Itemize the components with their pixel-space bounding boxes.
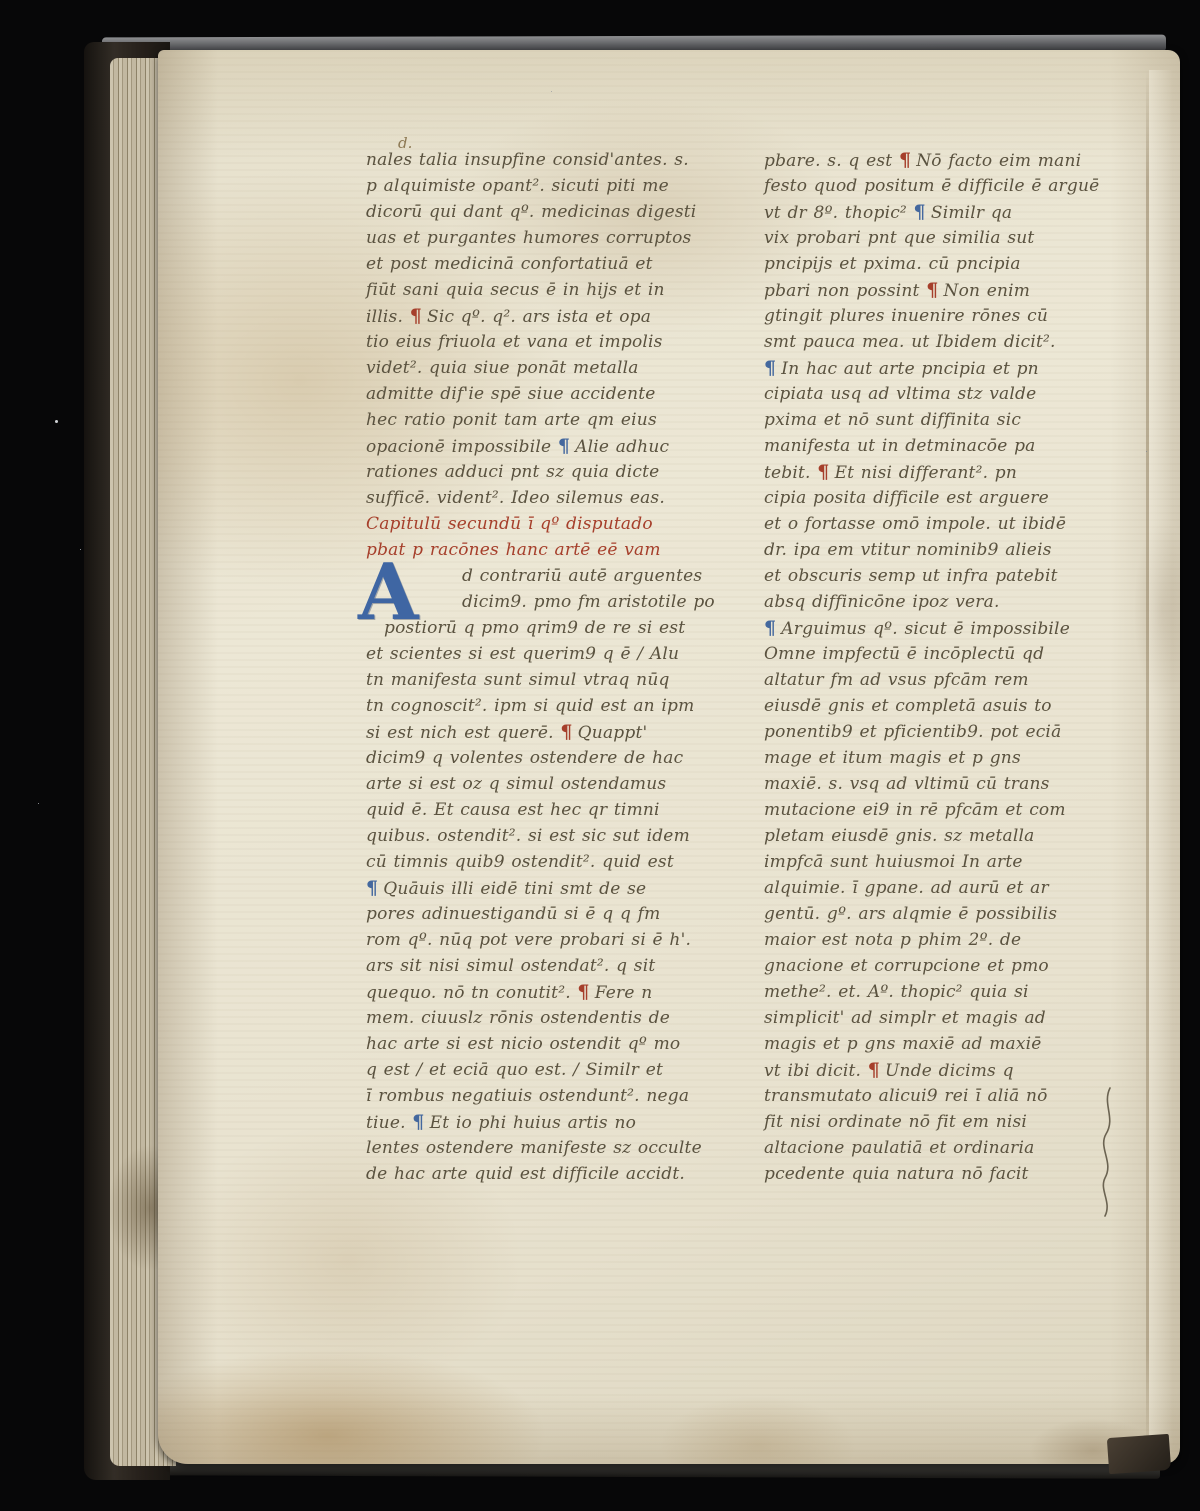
text-segment: arte si est oz q simul ostendamus	[366, 774, 666, 794]
text-segment: magis et p gns maxiē ad maxiē	[764, 1034, 1042, 1054]
red-pilcrow-icon: ¶	[577, 981, 594, 1003]
text-segment: si est nich est querē.	[366, 723, 560, 743]
manuscript-line: altacione paulatiā et ordinaria	[764, 1135, 1116, 1161]
manuscript-line: cipiata usq ad vltima stz valde	[764, 381, 1116, 407]
manuscript-line: pbat p racōnes hanc artē eē vam	[366, 537, 726, 563]
text-segment: sufficē. vident². Ideo silemus eas.	[366, 488, 665, 508]
manuscript-line: tebit. ¶Et nisi differant². pn	[764, 459, 1116, 485]
illuminated-initial: A	[358, 553, 419, 633]
manuscript-line: ¶Quāuis illi eidē tini smt de se	[366, 875, 726, 901]
manuscript-line: altatur fm ad vsus pfcām rem	[764, 667, 1116, 693]
text-segment: admitte dif'ie spē siue accidente	[366, 384, 656, 404]
manuscript-line: illis. ¶Sic qº. q². ars ista et opa	[366, 303, 726, 329]
text-segment: absq diffinicōne ipoz vera.	[764, 592, 1000, 612]
text-segment: quequo. nō tn conutit².	[366, 983, 577, 1003]
blue-pilcrow-icon: ¶	[412, 1111, 429, 1133]
text-segment: fiūt sani quia secus ē in hijs et in	[366, 280, 665, 300]
blue-pilcrow-icon: ¶	[764, 617, 781, 639]
text-segment: ī rombus negatiuis ostendunt². nega	[366, 1086, 689, 1106]
manuscript-line: dicim9. pmo fm aristotile po	[366, 589, 726, 615]
text-segment: uas et purgantes humores corruptos	[366, 228, 691, 248]
manuscript-line: p alquimiste opant². sicuti piti me	[366, 173, 726, 199]
text-segment: et o fortasse omō impole. ut ibidē	[764, 514, 1066, 534]
manuscript-line: rom qº. nūq pot vere probari si ē h'.	[366, 927, 726, 953]
text-segment: et obscuris semp ut infra patebit	[764, 566, 1058, 586]
manuscript-line: admitte dif'ie spē siue accidente	[366, 381, 726, 407]
text-segment: gentū. gº. ars alqmie ē possibilis	[764, 904, 1057, 924]
manuscript-line: ars sit nisi simul ostendat². q sit	[366, 953, 726, 979]
manuscript-line: fit nisi ordinate nō fit em nisi	[764, 1109, 1116, 1135]
manuscript-line: Capitulū secundū ī qº disputado	[366, 511, 726, 537]
text-segment: gnacione et corrupcione et pmo	[764, 956, 1049, 976]
text-segment: pcedente quia natura nō facit	[764, 1164, 1029, 1184]
manuscript-photo: d. nales talia insupfine consid'antes. s…	[0, 0, 1200, 1511]
manuscript-line: absq diffinicōne ipoz vera.	[764, 589, 1116, 615]
manuscript-line: tn cognoscit². ipm si quid est an ipm	[366, 693, 726, 719]
red-pilcrow-icon: ¶	[560, 721, 577, 743]
manuscript-line: methe². et. Aº. thopic² quia si	[764, 979, 1116, 1005]
text-segment: pbari non possint	[764, 281, 926, 301]
text-segment: dicim9. pmo fm aristotile po	[462, 592, 715, 612]
manuscript-line: vix probari pnt que similia sut	[764, 225, 1116, 251]
manuscript-line: si est nich est querē. ¶Quappt'	[366, 719, 726, 745]
manuscript-line: quibus. ostendit². si est sic sut idem	[366, 823, 726, 849]
text-segment: et scientes si est querim9 q ē / Alu	[366, 644, 679, 664]
manuscript-line: et scientes si est querim9 q ē / Alu	[366, 641, 726, 667]
manuscript-line: Omne impfectū ē incōplectū qd	[764, 641, 1116, 667]
text-segment: transmutato alicui9 rei ī aliā nō	[764, 1086, 1048, 1106]
text-segment: dicorū qui dant qº. medicinas digesti	[366, 202, 696, 222]
text-segment: cū timnis quib9 ostendit². quid est	[366, 852, 674, 872]
text-segment: Capitulū secundū ī qº disputado	[366, 514, 653, 534]
text-segment: rationes adduci pnt sz quia dicte	[366, 462, 659, 482]
text-segment: vt dr 8º. thopic²	[764, 203, 914, 223]
text-segment: methe². et. Aº. thopic² quia si	[764, 982, 1029, 1002]
text-segment: Nō facto eim mani	[916, 151, 1081, 171]
text-segment: maxiē. s. vsq ad vltimū cū trans	[764, 774, 1050, 794]
text-segment: smt pauca mea. ut Ibidem dicit².	[764, 332, 1056, 352]
text-segment: mem. ciuuslz rōnis ostendentis de	[366, 1008, 670, 1028]
manuscript-line: mutacione ei9 in rē pfcām et com	[764, 797, 1116, 823]
manuscript-line: fiūt sani quia secus ē in hijs et in	[366, 277, 726, 303]
text-segment: hec ratio ponit tam arte qm eius	[366, 410, 657, 430]
text-segment: Omne impfectū ē incōplectū qd	[764, 644, 1044, 664]
text-segment: mutacione ei9 in rē pfcām et com	[764, 800, 1066, 820]
text-segment: Alie adhuc	[575, 437, 669, 457]
text-segment: ars sit nisi simul ostendat². q sit	[366, 956, 655, 976]
text-segment: illis.	[366, 307, 410, 327]
text-segment: manifesta ut in detminacōe pa	[764, 436, 1036, 456]
manuscript-line: smt pauca mea. ut Ibidem dicit².	[764, 329, 1116, 355]
manuscript-line: et o fortasse omō impole. ut ibidē	[764, 511, 1116, 537]
manuscript-line: quequo. nō tn conutit². ¶Fere n	[366, 979, 726, 1005]
manuscript-line: cū timnis quib9 ostendit². quid est	[366, 849, 726, 875]
manuscript-line: videt². quia siue ponāt metalla	[366, 355, 726, 381]
manuscript-line: pbare. s. q est ¶Nō facto eim mani	[764, 147, 1116, 173]
manuscript-line: magis et p gns maxiē ad maxiē	[764, 1031, 1116, 1057]
text-segment: vt ibi dicit.	[764, 1061, 868, 1081]
text-segment: Et io phi huius artis no	[430, 1113, 636, 1133]
blue-pilcrow-icon: ¶	[914, 201, 931, 223]
manuscript-line: ¶In hac aut arte pncipia et pn	[764, 355, 1116, 381]
manuscript-line: transmutato alicui9 rei ī aliā nō	[764, 1083, 1116, 1109]
text-segment: Non enim	[944, 281, 1031, 301]
manuscript-line: ponentib9 et pficientib9. pot eciā	[764, 719, 1116, 745]
manuscript-line: maxiē. s. vsq ad vltimū cū trans	[764, 771, 1116, 797]
text-segment: cipia posita difficile est arguere	[764, 488, 1049, 508]
manuscript-line: ¶Arguimus qº. sicut ē impossibile	[764, 615, 1116, 641]
red-pilcrow-icon: ¶	[926, 279, 943, 301]
text-segment: Sic qº. q². ars ista et opa	[427, 307, 651, 327]
dust-specks	[55, 420, 58, 423]
text-segment: de hac arte quid est difficile accidt.	[366, 1164, 685, 1184]
text-segment: et post medicinā confortatiuā et	[366, 254, 653, 274]
text-segment: pncipijs et pxima. cū pncipia	[764, 254, 1021, 274]
text-segment: tio eius friuola et vana et impolis	[366, 332, 663, 352]
text-segment: tebit.	[764, 463, 817, 483]
text-segment: pxima et nō sunt diffinita sic	[764, 410, 1021, 430]
manuscript-line: vt ibi dicit. ¶Unde dicims q	[764, 1057, 1116, 1083]
text-segment: videt². quia siue ponāt metalla	[366, 358, 639, 378]
text-segment: pletam eiusdē gnis. sz metalla	[764, 826, 1034, 846]
text-segment: mage et itum magis et p gns	[764, 748, 1021, 768]
manuscript-line: impfcā sunt huiusmoi In arte	[764, 849, 1116, 875]
red-pilcrow-icon: ¶	[899, 149, 916, 171]
manuscript-line: mem. ciuuslz rōnis ostendentis de	[366, 1005, 726, 1031]
text-segment: gtingit plures inuenire rōnes cū	[764, 306, 1048, 326]
text-segment: d contrariū autē arguentes	[462, 566, 702, 586]
text-segment: Quāuis illi eidē tini smt de se	[383, 879, 646, 899]
manuscript-line: pores adinuestigandū si ē q q fm	[366, 901, 726, 927]
text-segment: tn manifesta sunt simul vtraq nūq	[366, 670, 670, 690]
manuscript-line: uas et purgantes humores corruptos	[366, 225, 726, 251]
manuscript-line: pncipijs et pxima. cū pncipia	[764, 251, 1116, 277]
text-segment: tiue.	[366, 1113, 412, 1133]
text-segment: Unde dicims q	[885, 1061, 1014, 1081]
manuscript-line: nales talia insupfine consid'antes. s.	[366, 147, 726, 173]
manuscript-line: dr. ipa em vtitur nominib9 alieis	[764, 537, 1116, 563]
text-segment: impfcā sunt huiusmoi In arte	[764, 852, 1023, 872]
text-segment: altacione paulatiā et ordinaria	[764, 1138, 1034, 1158]
manuscript-line: opacionē impossibile ¶Alie adhuc	[366, 433, 726, 459]
manuscript-line: lentes ostendere manifeste sz occulte	[366, 1135, 726, 1161]
red-pilcrow-icon: ¶	[410, 305, 427, 327]
manuscript-line: ī rombus negatiuis ostendunt². nega	[366, 1083, 726, 1109]
manuscript-line: et post medicinā confortatiuā et	[366, 251, 726, 277]
manuscript-line: eiusdē gnis et completā asuis to	[764, 693, 1116, 719]
text-segment: Fere n	[595, 983, 653, 1003]
text-segment: fit nisi ordinate nō fit em nisi	[764, 1112, 1027, 1132]
manuscript-line: rationes adduci pnt sz quia dicte	[366, 459, 726, 485]
text-segment: p alquimiste opant². sicuti piti me	[366, 176, 669, 196]
text-segment: Quappt'	[578, 723, 648, 743]
manuscript-line: vt dr 8º. thopic² ¶Similr qa	[764, 199, 1116, 225]
text-segment: alquimie. ī gpane. ad aurū et ar	[764, 878, 1049, 898]
text-segment: vix probari pnt que similia sut	[764, 228, 1034, 248]
manuscript-line: gentū. gº. ars alqmie ē possibilis	[764, 901, 1116, 927]
text-segment: hac arte si est nicio ostendit qº mo	[366, 1034, 680, 1054]
blue-pilcrow-icon: ¶	[764, 357, 781, 379]
manuscript-line: gtingit plures inuenire rōnes cū	[764, 303, 1116, 329]
red-pilcrow-icon: ¶	[817, 461, 834, 483]
manuscript-line: alquimie. ī gpane. ad aurū et ar	[764, 875, 1116, 901]
manuscript-line: postiorū q pmo qrim9 de re si est	[366, 615, 726, 641]
manuscript-line: pletam eiusdē gnis. sz metalla	[764, 823, 1116, 849]
margin-nota-squiggle-icon	[1096, 1086, 1122, 1218]
text-segment: quid ē. Et causa est hec qr timni	[366, 800, 660, 820]
text-segment: In hac aut arte pncipia et pn	[781, 359, 1039, 379]
text-segment: lentes ostendere manifeste sz occulte	[366, 1138, 702, 1158]
text-segment: altatur fm ad vsus pfcām rem	[764, 670, 1029, 690]
manuscript-line: mage et itum magis et p gns	[764, 745, 1116, 771]
manuscript-line: maior est nota p phim 2º. de	[764, 927, 1116, 953]
text-segment: quibus. ostendit². si est sic sut idem	[366, 826, 690, 846]
manuscript-line: simplicit' ad simplr et magis ad	[764, 1005, 1116, 1031]
text-segment: postiorū q pmo qrim9 de re si est	[384, 618, 685, 638]
text-segment: Similr qa	[931, 203, 1012, 223]
text-segment: eiusdē gnis et completā asuis to	[764, 696, 1052, 716]
text-segment: nales talia insupfine consid'antes. s.	[366, 150, 689, 170]
manuscript-line: hec ratio ponit tam arte qm eius	[366, 407, 726, 433]
text-column-right: pbare. s. q est ¶Nō facto eim manifesto …	[764, 147, 1116, 1187]
text-column-left: nales talia insupfine consid'antes. s.p …	[366, 147, 726, 1187]
manuscript-line: quid ē. Et causa est hec qr timni	[366, 797, 726, 823]
text-segment: dicim9 q volentes ostendere de hac	[366, 748, 683, 768]
text-segment: maior est nota p phim 2º. de	[764, 930, 1021, 950]
manuscript-line: pxima et nō sunt diffinita sic	[764, 407, 1116, 433]
manuscript-line: pbari non possint ¶Non enim	[764, 277, 1116, 303]
manuscript-line: tn manifesta sunt simul vtraq nūq	[366, 667, 726, 693]
text-segment: cipiata usq ad vltima stz valde	[764, 384, 1036, 404]
text-segment: Arguimus qº. sicut ē impossibile	[781, 619, 1070, 639]
text-segment: tn cognoscit². ipm si quid est an ipm	[366, 696, 694, 716]
fore-edge-highlight	[1149, 70, 1179, 1460]
text-segment: opacionē impossibile	[366, 437, 558, 457]
manuscript-line: sufficē. vident². Ideo silemus eas.	[366, 485, 726, 511]
manuscript-line: de hac arte quid est difficile accidt.	[366, 1161, 726, 1187]
manuscript-line: tiue. ¶Et io phi huius artis no	[366, 1109, 726, 1135]
manuscript-line: arte si est oz q simul ostendamus	[366, 771, 726, 797]
manuscript-line: hac arte si est nicio ostendit qº mo	[366, 1031, 726, 1057]
manuscript-line: d contrariū autē arguentes	[366, 563, 726, 589]
blue-pilcrow-icon: ¶	[558, 435, 575, 457]
text-segment: ponentib9 et pficientib9. pot eciā	[764, 722, 1061, 742]
text-segment: pbare. s. q est	[764, 151, 899, 171]
text-segment: rom qº. nūq pot vere probari si ē h'.	[366, 930, 691, 950]
manuscript-line: pcedente quia natura nō facit	[764, 1161, 1116, 1187]
blue-pilcrow-icon: ¶	[366, 877, 383, 899]
manuscript-line: q est / et eciā quo est. / Similr et	[366, 1057, 726, 1083]
manuscript-line: dicim9 q volentes ostendere de hac	[366, 745, 726, 771]
text-segment: Et nisi differant². pn	[835, 463, 1017, 483]
manuscript-line: gnacione et corrupcione et pmo	[764, 953, 1116, 979]
manuscript-line: cipia posita difficile est arguere	[764, 485, 1116, 511]
manuscript-line: tio eius friuola et vana et impolis	[366, 329, 726, 355]
text-segment: pores adinuestigandū si ē q q fm	[366, 904, 660, 924]
text-segment: simplicit' ad simplr et magis ad	[764, 1008, 1046, 1028]
manuscript-line: et obscuris semp ut infra patebit	[764, 563, 1116, 589]
text-segment: dr. ipa em vtitur nominib9 alieis	[764, 540, 1052, 560]
manuscript-line: manifesta ut in detminacōe pa	[764, 433, 1116, 459]
page-corner-tear	[1107, 1434, 1171, 1474]
red-pilcrow-icon: ¶	[868, 1059, 885, 1081]
text-segment: festo quod positum ē difficile ē arguē	[764, 176, 1099, 196]
manuscript-line: dicorū qui dant qº. medicinas digesti	[366, 199, 726, 225]
manuscript-line: festo quod positum ē difficile ē arguē	[764, 173, 1116, 199]
text-segment: q est / et eciā quo est. / Similr et	[366, 1060, 663, 1080]
